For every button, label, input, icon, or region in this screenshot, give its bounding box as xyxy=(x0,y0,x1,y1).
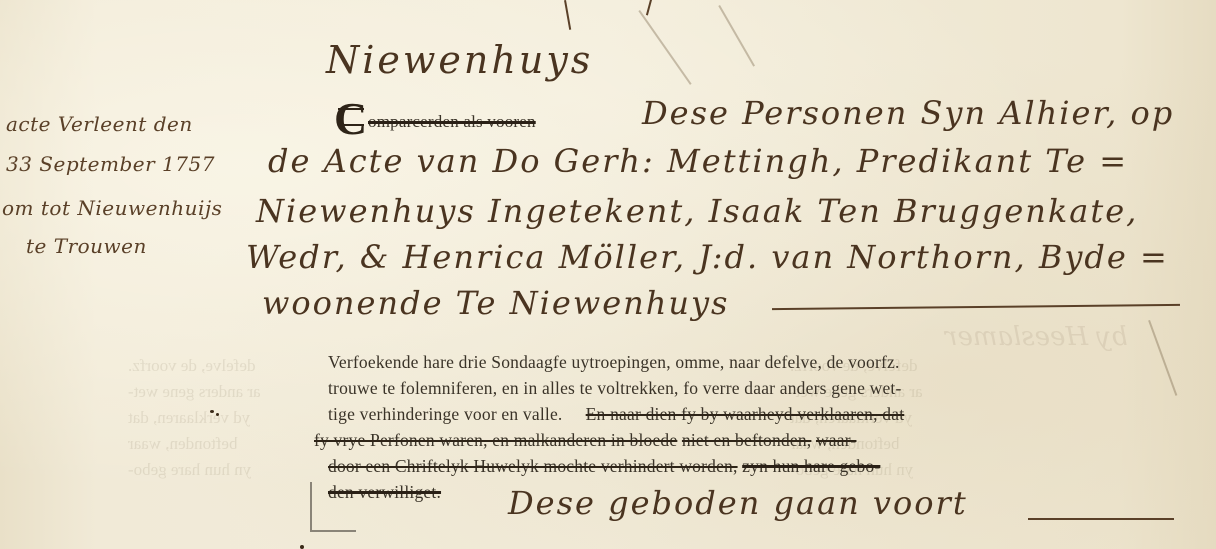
fill-line-entry xyxy=(772,304,1180,310)
margin-note-line-4: te Trouwen xyxy=(26,234,147,258)
pencil-bracket-mark xyxy=(310,482,356,532)
bleed-through-left-2: ar anders gene wet- xyxy=(128,382,261,402)
handwritten-addition: Dese geboden gaan voort xyxy=(508,484,968,522)
ink-fleck xyxy=(216,413,219,416)
printed-line-4: fy vrye Perfonen waren, en malkanderen i… xyxy=(314,430,856,451)
bleed-stroke xyxy=(639,10,692,85)
bleed-through-left-3: yd verklaaren, dat xyxy=(128,408,250,428)
struck-printed-phrase: omparcerden als vooren xyxy=(368,112,536,132)
margin-note-line-2: 33 September 1757 xyxy=(6,152,215,176)
entry-line-4: Wedr, & Henrica Möller, J:d. van Northor… xyxy=(246,238,1169,276)
entry-line-3: Niewenhuys Ingetekent, Isaak Ten Bruggen… xyxy=(256,192,1138,230)
bleed-stroke xyxy=(719,5,755,66)
entry-line-5: woonende Te Niewenhuys xyxy=(262,284,729,322)
printed-line-2: trouwe te folemniferen, en in alles te v… xyxy=(328,378,902,399)
margin-note-line-1: acte Verleent den xyxy=(6,112,193,136)
bleed-stroke xyxy=(1149,320,1178,396)
bleed-through-left-5: yn hun hare gebo- xyxy=(128,460,251,480)
descender-stroke xyxy=(646,0,652,15)
printed-line-5-struck-b: zyn hun hare gebo- xyxy=(742,456,880,476)
printed-line-4-struck-a: fy vrye Perfonen waren, en malkanderen i… xyxy=(314,430,677,450)
margin-note-line-3: om tot Nieuwenhuijs xyxy=(2,196,222,220)
printed-line-3-kept: tige verhinderinge voor en valle. xyxy=(328,404,563,424)
register-page: defelve, de voorfz. ar anders gene wet- … xyxy=(0,0,1216,549)
printed-line-4-kept: niet en beftonden, xyxy=(682,430,811,450)
printed-line-5: door een Chriftelyk Huwelyk mochte verhi… xyxy=(328,456,880,477)
initial-hatching xyxy=(338,108,364,126)
ink-fleck xyxy=(210,410,214,413)
bleed-through-script: by Heeslamer xyxy=(945,322,1128,352)
ink-fleck xyxy=(300,545,304,549)
printed-line-1: Verfoekende hare drie Sondaagfe uytroepi… xyxy=(328,352,900,373)
bleed-through-left-1: defelve, de voorfz. xyxy=(128,356,255,376)
heading-place-name: Niewenhuys xyxy=(326,38,593,82)
printed-line-5-struck-a: door een Chriftelyk Huwelyk mochte verhi… xyxy=(328,456,738,476)
bleed-through-left-4: beftonden, waar xyxy=(128,434,238,454)
entry-line-2: de Acte van Do Gerh: Mettingh, Predikant… xyxy=(268,142,1128,180)
fill-line-addition xyxy=(1028,518,1174,520)
descender-stroke xyxy=(564,0,571,30)
entry-line-1: Dese Personen Syn Alhier, op xyxy=(642,94,1174,132)
printed-line-4-struck-b: waar- xyxy=(816,430,856,450)
printed-line-3-struck: En naar dien fy by waarheyd verklaaren, … xyxy=(586,404,905,424)
printed-line-3: tige verhinderinge voor en valle. En naa… xyxy=(328,404,904,425)
